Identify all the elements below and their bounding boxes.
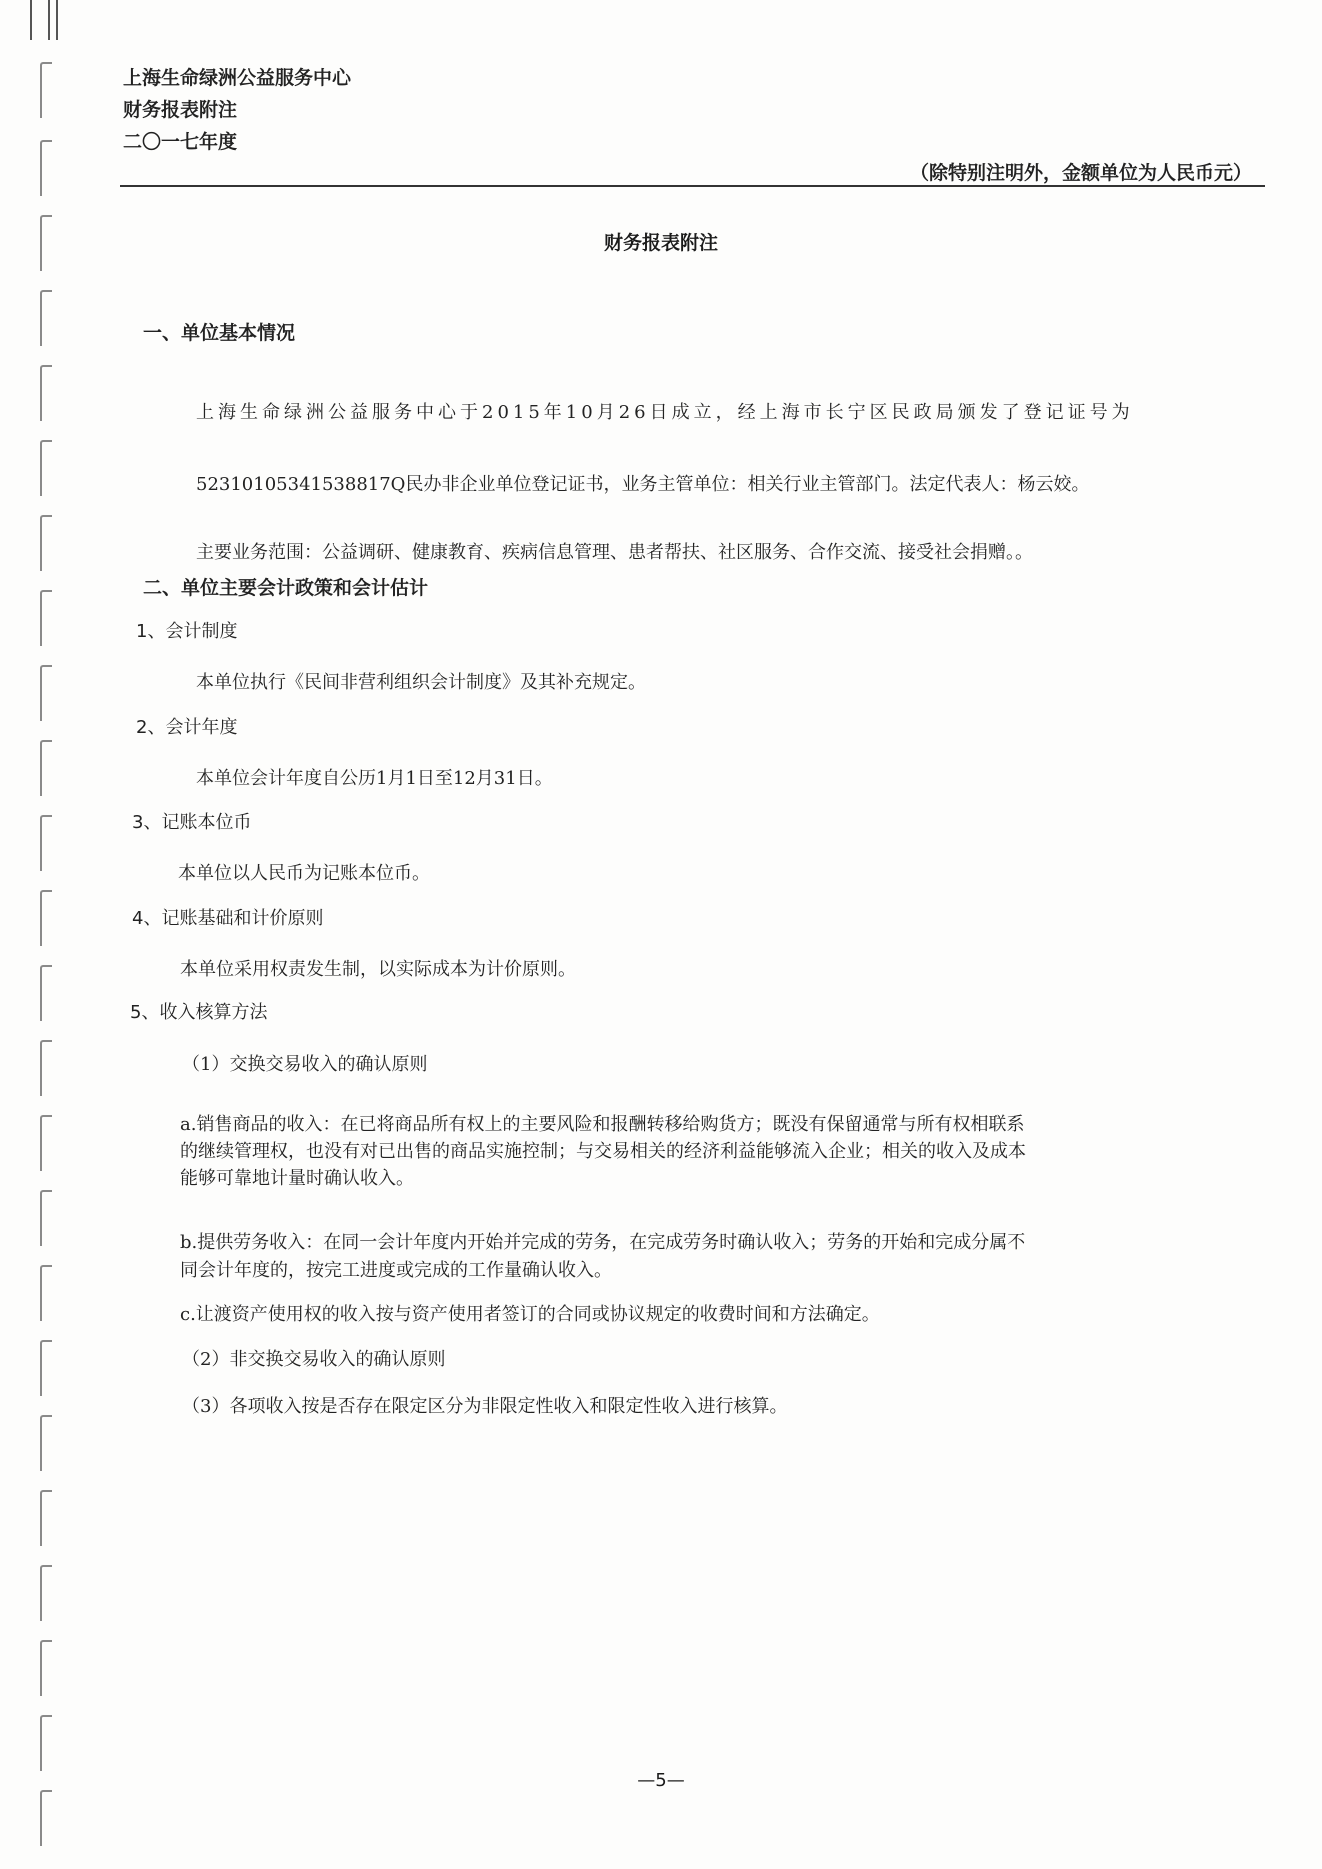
section-1-heading: 一、单位基本情况 xyxy=(143,318,295,345)
revenue-a-line1: a.销售商品的收入：在已将商品所有权上的主要风险和报酬转移给购货方；既没有保留通… xyxy=(180,1110,1024,1136)
item-1-heading: 1、会计制度 xyxy=(136,617,237,643)
revenue-b-line1: b.提供劳务收入：在同一会计年度内开始并完成的劳务，在完成劳务时确认收入；劳务的… xyxy=(180,1228,1025,1254)
page-number: —5— xyxy=(0,1770,1322,1791)
currency-unit-note: （除特别注明外，金额单位为人民币元） xyxy=(910,158,1252,185)
item-3-text: 本单位以人民币为记账本位币。 xyxy=(178,859,430,885)
item-2-text: 本单位会计年度自公历1月1日至12月31日。 xyxy=(196,764,553,790)
doc-type: 财务报表附注 xyxy=(123,94,351,126)
binding-marks xyxy=(18,0,58,1869)
revenue-a-line2: 的继续管理权，也没有对已出售的商品实施控制；与交易相关的经济利益能够流入企业；相… xyxy=(180,1137,1026,1163)
revenue-sub-2: （2）非交换交易收入的确认原则 xyxy=(182,1345,445,1371)
org-name: 上海生命绿洲公益服务中心 xyxy=(123,62,351,94)
item-1-text: 本单位执行《民间非营利组织会计制度》及其补充规定。 xyxy=(196,668,646,694)
page-title: 财务报表附注 xyxy=(0,228,1322,255)
item-5-heading: 5、收入核算方法 xyxy=(130,998,267,1024)
section-1-paragraph-line1: 上海生命绿洲公益服务中心于2015年10月26日成立，经上海市长宁区民政局颁发了… xyxy=(196,398,1134,424)
item-4-heading: 4、记账基础和计价原则 xyxy=(132,904,323,930)
header-divider xyxy=(120,185,1265,187)
section-1-business-scope: 主要业务范围：公益调研、健康教育、疾病信息管理、患者帮扶、社区服务、合作交流、接… xyxy=(196,538,1033,564)
section-1-paragraph-line2: 52310105341538817Q民办非企业单位登记证书，业务主管单位：相关行… xyxy=(196,470,1089,496)
revenue-b-line2: 同会计年度的，按完工进度或完成的工作量确认收入。 xyxy=(180,1256,612,1282)
revenue-sub-1: （1）交换交易收入的确认原则 xyxy=(182,1050,427,1076)
fiscal-year: 二〇一七年度 xyxy=(123,126,351,158)
document-header: 上海生命绿洲公益服务中心 财务报表附注 二〇一七年度 xyxy=(123,62,351,158)
revenue-sub-3: （3）各项收入按是否存在限定区分为非限定性收入和限定性收入进行核算。 xyxy=(182,1392,787,1418)
item-3-heading: 3、记账本位币 xyxy=(132,808,251,834)
section-2-heading: 二、单位主要会计政策和会计估计 xyxy=(143,573,428,600)
item-4-text: 本单位采用权责发生制，以实际成本为计价原则。 xyxy=(180,955,576,981)
revenue-c-line1: c.让渡资产使用权的收入按与资产使用者签订的合同或协议规定的收费时间和方法确定。 xyxy=(180,1300,880,1326)
item-2-heading: 2、会计年度 xyxy=(136,713,237,739)
revenue-a-line3: 能够可靠地计量时确认收入。 xyxy=(180,1164,414,1190)
